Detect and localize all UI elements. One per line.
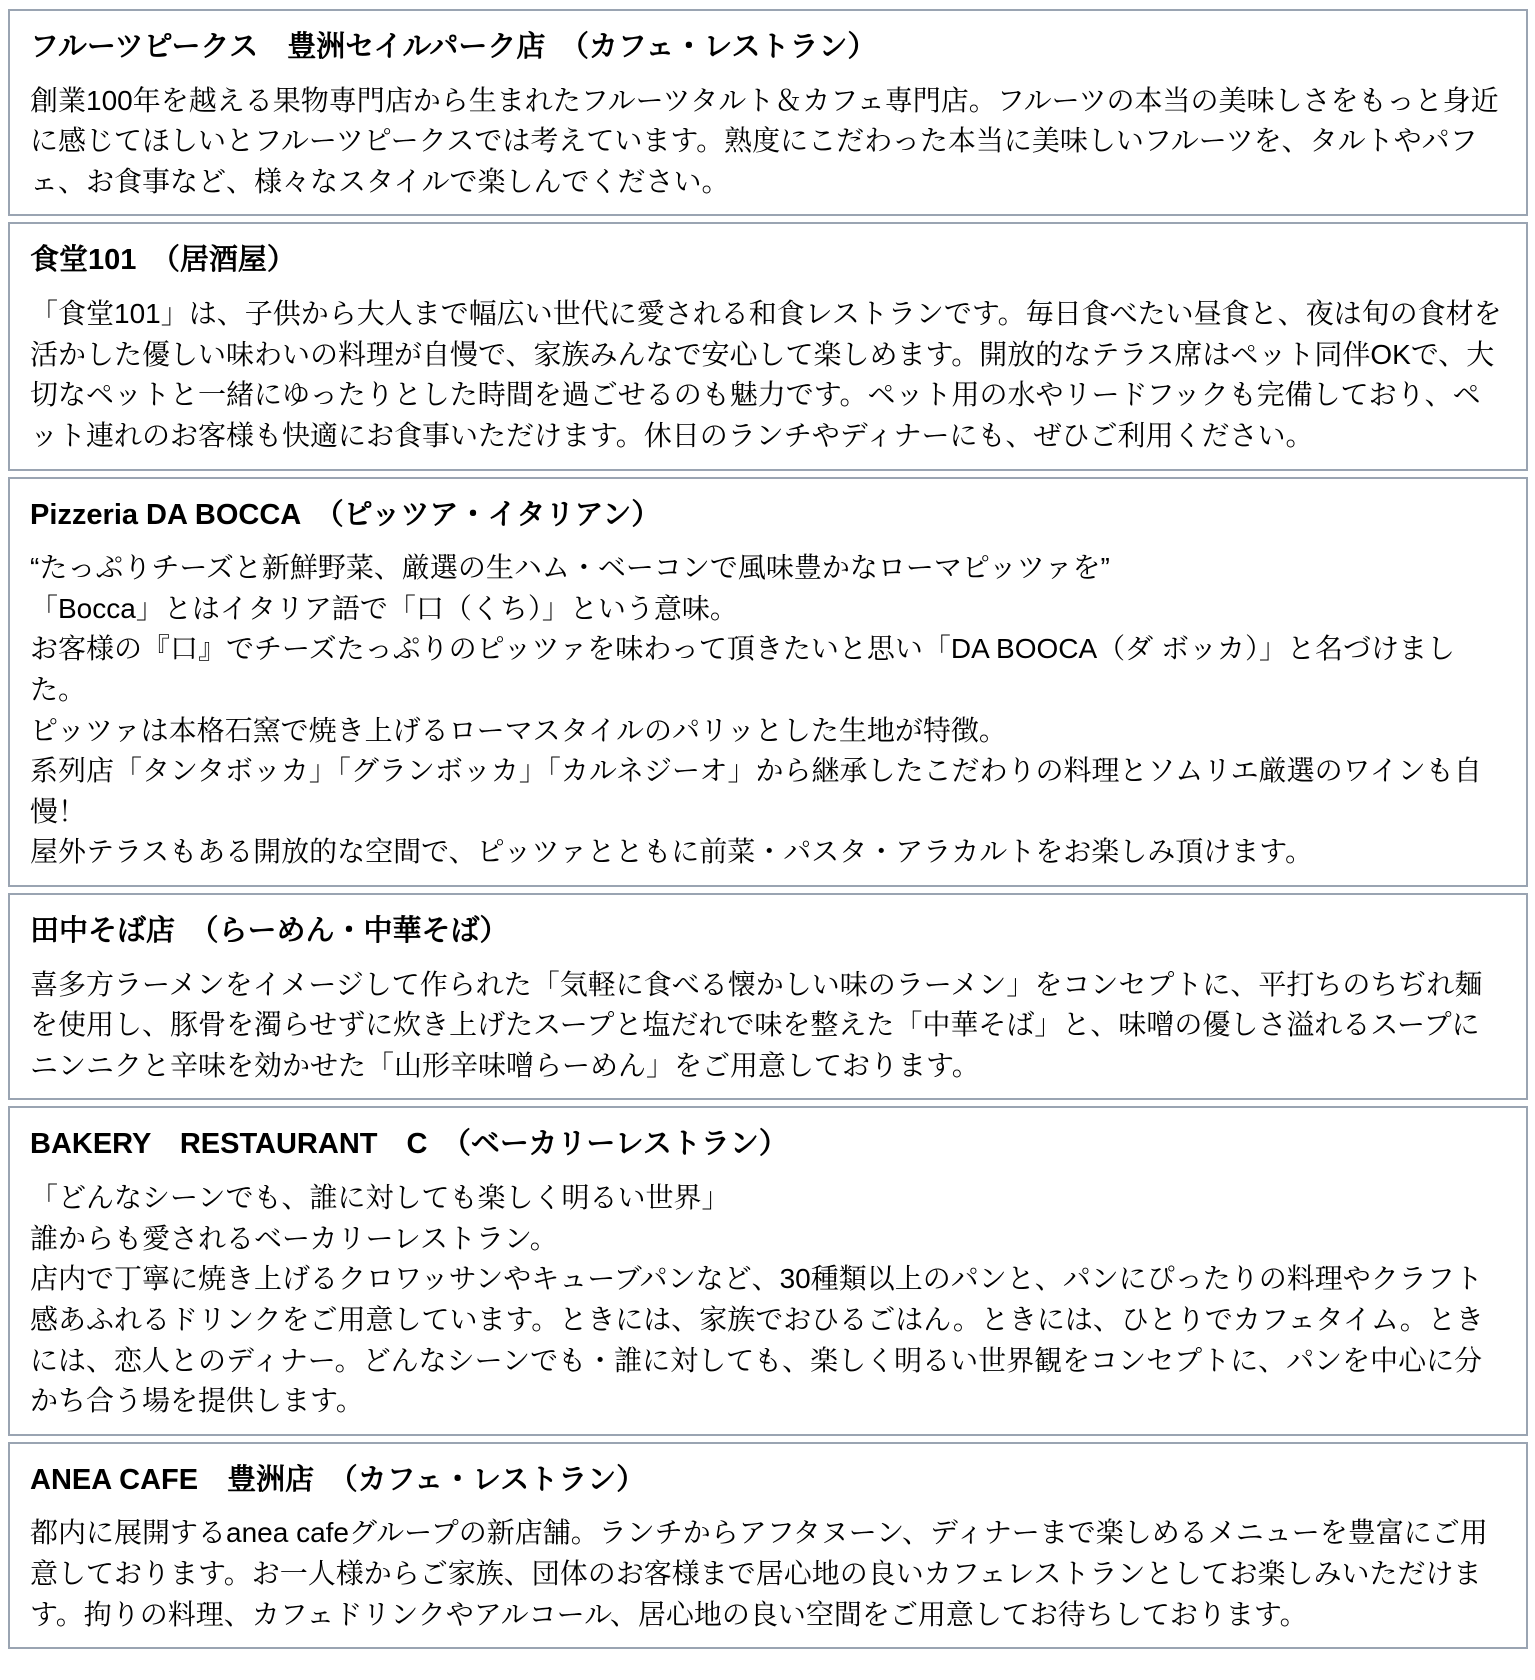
restaurant-title: フルーツピークス 豊洲セイルパーク店 （カフェ・レストラン） (30, 29, 1506, 67)
restaurant-title: BAKERY RESTAURANT C （ベーカリーレストラン） (30, 1126, 1506, 1164)
restaurant-description: “たっぷりチーズと新鮮野菜、厳選の生ハム・ベーコンで風味豊かなローマピッツァを”… (30, 548, 1506, 873)
restaurant-title: 田中そば店 （らーめん・中華そば） (30, 913, 1506, 951)
restaurant-card-anea-cafe: ANEA CAFE 豊洲店 （カフェ・レストラン） 都内に展開するanea ca… (8, 1442, 1528, 1649)
restaurant-card-shokudo-101: 食堂101 （居酒屋） 「食堂101」は、子供から大人まで幅広い世代に愛される和… (8, 222, 1528, 470)
restaurant-list: フルーツピークス 豊洲セイルパーク店 （カフェ・レストラン） 創業100年を越え… (0, 0, 1535, 1657)
restaurant-description: 都内に展開するanea cafeグループの新店舗。ランチからアフタヌーン、ディナ… (30, 1513, 1506, 1635)
restaurant-card-tanaka-soba: 田中そば店 （らーめん・中華そば） 喜多方ラーメンをイメージして作られた「気軽に… (8, 893, 1528, 1100)
restaurant-card-pizzeria-da-bocca: Pizzeria DA BOCCA （ピッツア・イタリアン） “たっぷりチーズと… (8, 477, 1528, 887)
restaurant-title: Pizzeria DA BOCCA （ピッツア・イタリアン） (30, 497, 1506, 535)
restaurant-title: ANEA CAFE 豊洲店 （カフェ・レストラン） (30, 1462, 1506, 1500)
restaurant-card-fruits-peaks: フルーツピークス 豊洲セイルパーク店 （カフェ・レストラン） 創業100年を越え… (8, 9, 1528, 216)
restaurant-card-bakery-restaurant-c: BAKERY RESTAURANT C （ベーカリーレストラン） 「どんなシーン… (8, 1106, 1528, 1435)
restaurant-description: 創業100年を越える果物専門店から生まれたフルーツタルト＆カフェ専門店。フルーツ… (30, 81, 1506, 203)
restaurant-title: 食堂101 （居酒屋） (30, 242, 1506, 280)
restaurant-description: 「食堂101」は、子供から大人まで幅広い世代に愛される和食レストランです。毎日食… (30, 294, 1506, 456)
restaurant-description: 「どんなシーンでも、誰に対しても楽しく明るい世界」 誰からも愛されるベーカリーレ… (30, 1178, 1506, 1422)
restaurant-description: 喜多方ラーメンをイメージして作られた「気軽に食べる懐かしい味のラーメン」をコンセ… (30, 965, 1506, 1087)
